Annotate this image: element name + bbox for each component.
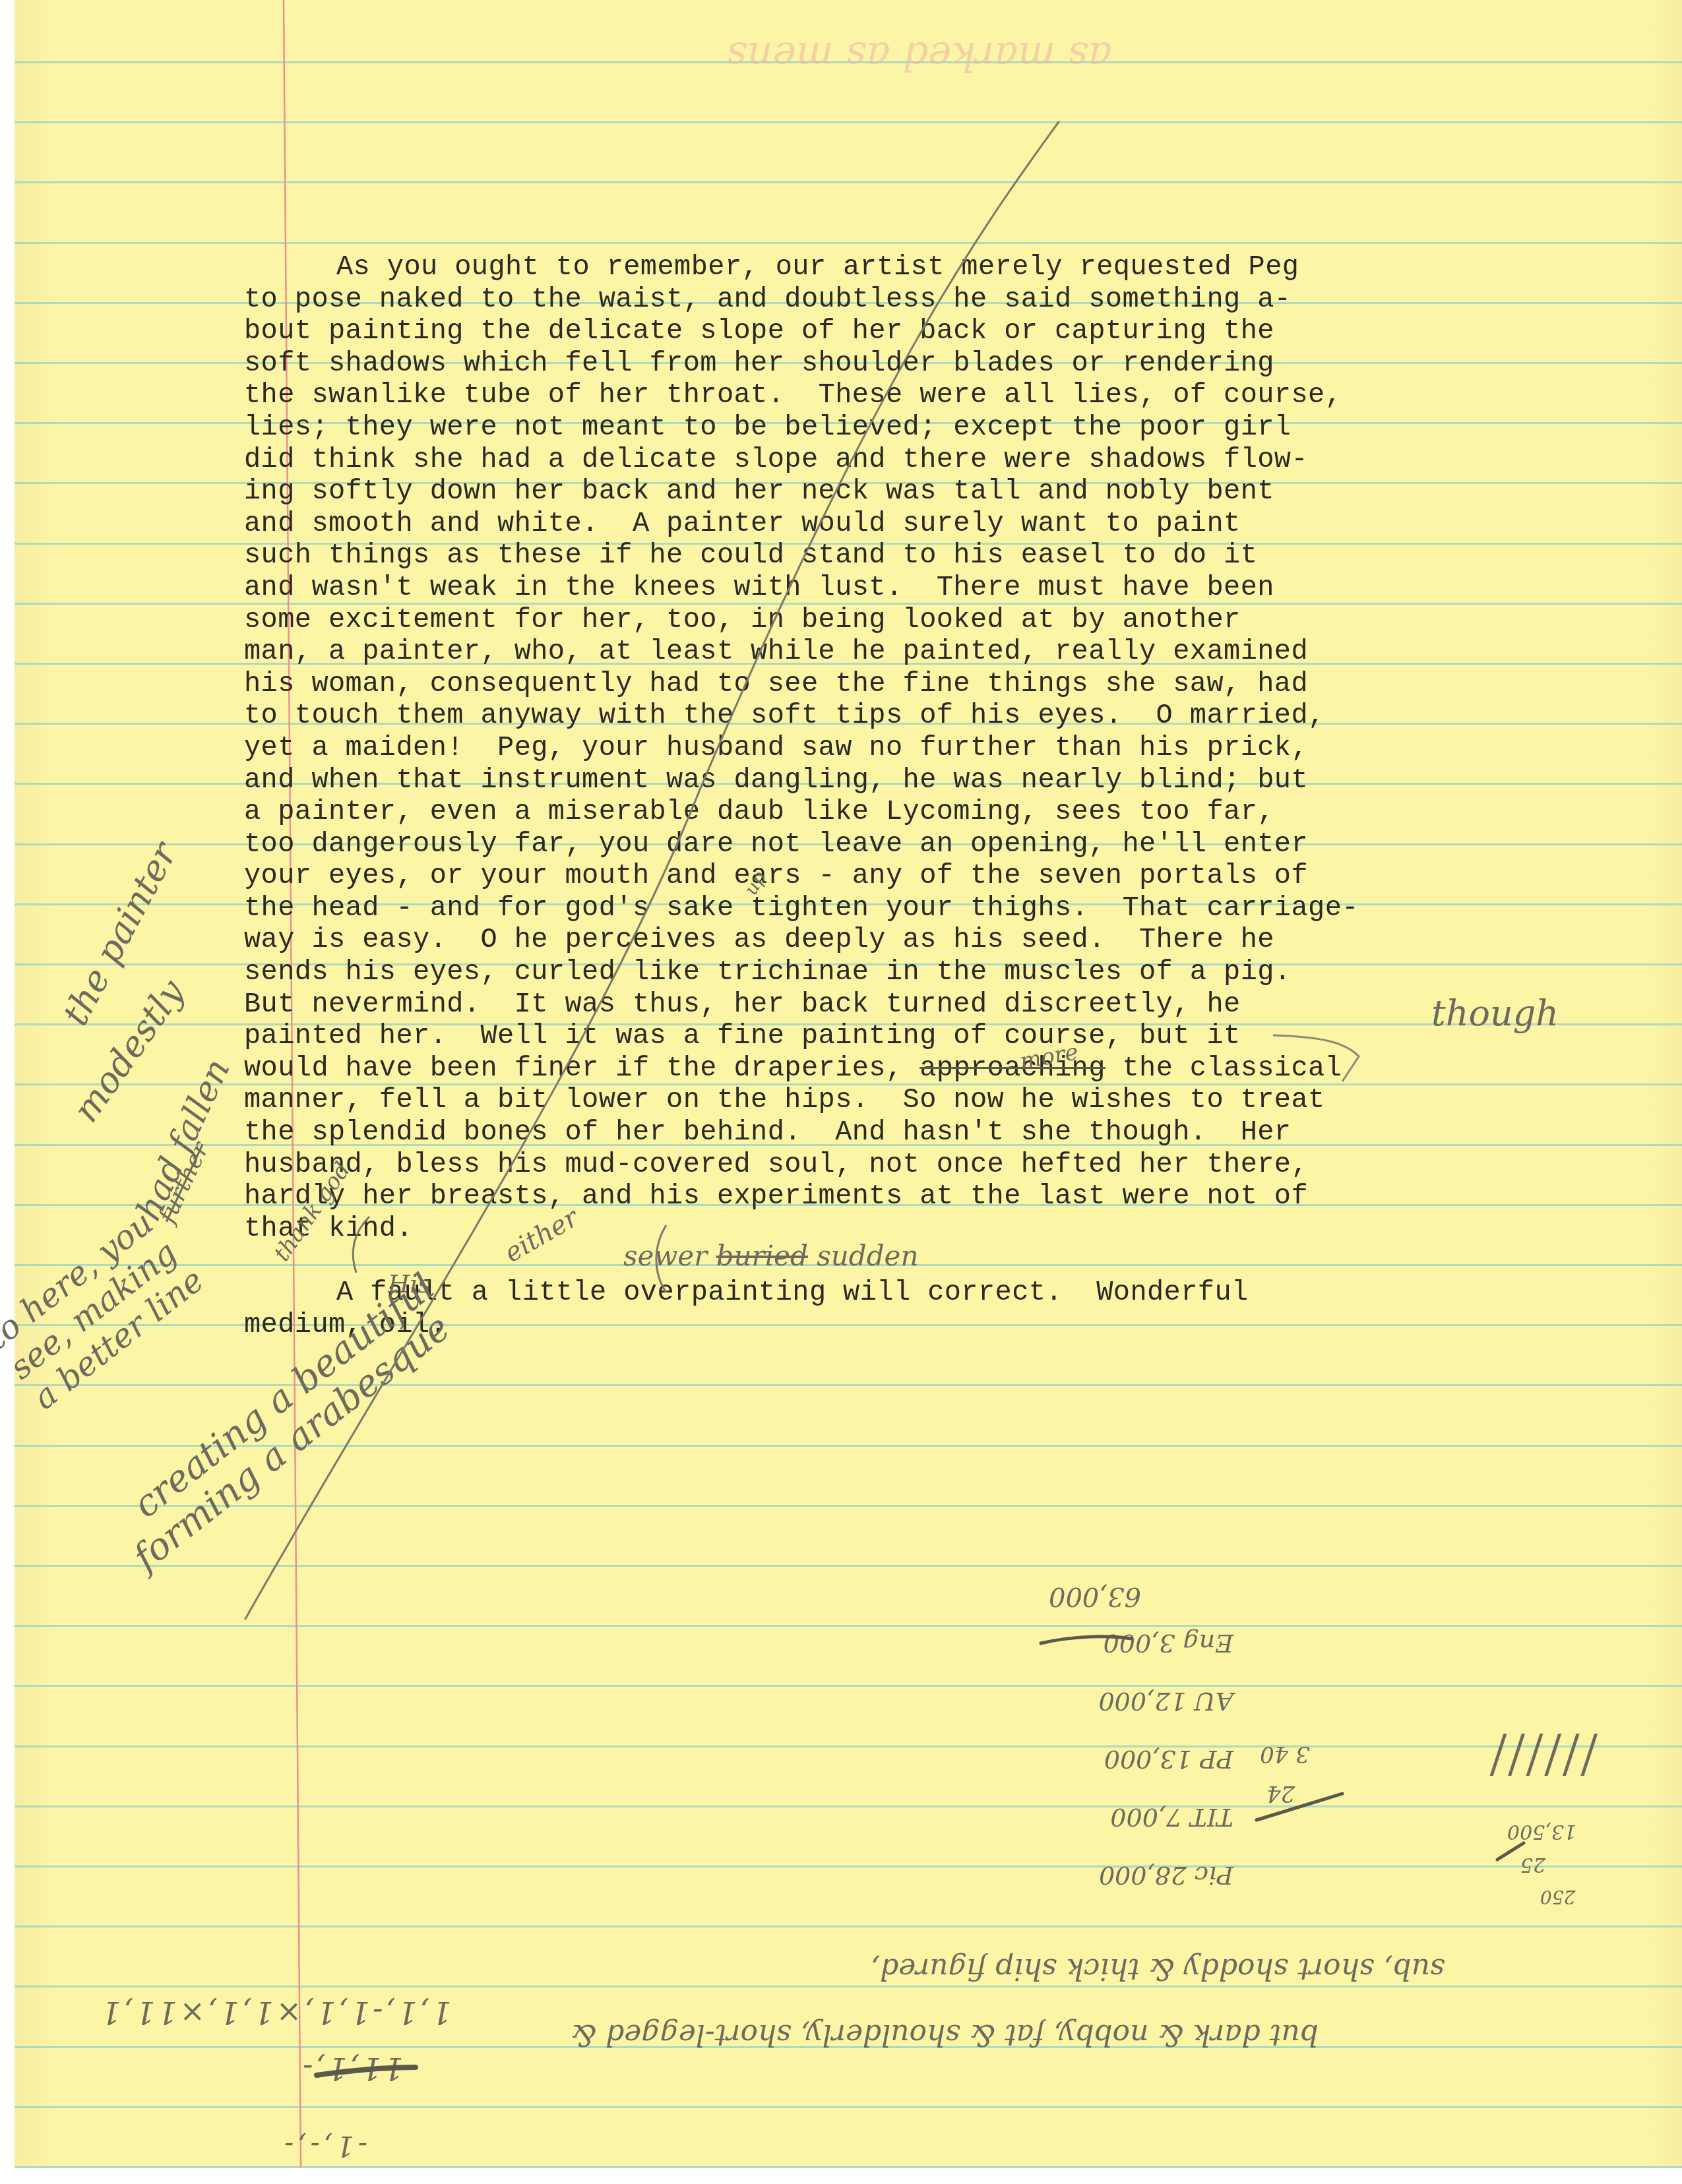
typed-line: hardly her breasts, and his experiments … [244,1180,1359,1213]
typed-line: and wasn't weak in the knees with lust. … [244,572,1359,604]
typed-line: the swanlike tube of her throat. These w… [244,379,1359,411]
ledger-row: Pic 28,000 [1049,1861,1233,1890]
typed-line: manner, fell a bit lower on the hips. So… [244,1084,1359,1116]
interline-edit: sewer buried sudden [623,1240,918,1272]
note-fraction-top: 3 40 [1260,1741,1310,1767]
typed-line: way is easy. O he perceives as deeply as… [244,924,1359,956]
ruled-line [15,1986,1682,1987]
ruled-line [15,242,1682,244]
typed-line: sends his eyes, curled like trichinae in… [244,956,1359,988]
ledger-row: PP 13,000 [1049,1745,1233,1774]
typed-line: bout painting the delicate slope of her … [244,315,1359,348]
margin-note-though: though [1431,992,1559,1034]
typed-line: did think she had a delicate slope and t… [244,444,1359,476]
upside-down-line-2: but dark & nobby, fat & shoulderly, shor… [571,2018,1319,2051]
typed-line: too dangerously far, you dare not leave … [244,828,1359,861]
ruled-line [15,2106,1682,2108]
typed-line: and smooth and white. A painter would su… [244,508,1359,540]
ruled-line [15,1685,1682,1687]
typed-line: your eyes, or your mouth and ears - any … [244,860,1359,892]
typed-line: painted her. Well it was a fine painting… [244,1020,1359,1052]
ruled-line [15,1866,1682,1867]
upside-down-marks-mid: 11,1,- [300,2051,404,2086]
typed-line: to touch them anyway with the soft tips … [244,700,1359,732]
ledger-row: TIT 7,000 [1049,1803,1233,1832]
typed-line: his woman, consequently had to see the f… [244,668,1359,700]
bleed-through-text: as marked as mens [727,33,1112,79]
ruled-line [15,1565,1682,1567]
note-fraction-bottom: 24 [1266,1780,1295,1807]
typed-line: the head - and for god's sake tighten yo… [244,892,1359,925]
ruled-line [15,1926,1682,1927]
ledger-row: AU 12,000 [1049,1687,1233,1716]
interline-his: His [388,1269,431,1298]
typed-line: a painter, even a miserable daub like Ly… [244,796,1359,828]
typed-line: husband, bless his mud-covered soul, not… [244,1149,1359,1181]
ruled-line [15,2166,1682,2168]
typed-line: lies; they were not meant to be believed… [244,411,1359,444]
ruled-line [15,121,1682,123]
ruled-line [15,1805,1682,1807]
typed-line: But nevermind. It was thus, her back tur… [244,988,1359,1021]
note-small-calc-result: 250 [1540,1886,1575,1908]
upside-down-marks-bottom: -1,-,- [280,2130,367,2162]
typed-line: and when that instrument was dangling, h… [244,764,1359,797]
typed-line: soft shadows which fell from her shoulde… [244,348,1359,380]
typed-line: to pose naked to the waist, and doubtles… [244,284,1359,316]
typed-line: such things as these if he could stand t… [244,539,1359,572]
ruled-line [15,1505,1682,1507]
interline-struck-word: buried [716,1240,808,1272]
typed-line: yet a maiden! Peg, your husband saw no f… [244,732,1359,764]
note-small-calc-bottom: 25 [1520,1853,1545,1876]
interline-sewer: sewer [623,1240,707,1272]
note-ledger-total: 63,000 [1049,1581,1141,1612]
upside-down-line-1: sub, short shoddy & thick ship figured, [871,1952,1445,1986]
typed-line: some excitement for her, too, in being l… [244,604,1359,636]
ruled-line [15,181,1682,183]
interline-sudden: sudden [817,1240,918,1272]
typed-line: ing softly down her back and her neck wa… [244,475,1359,508]
typed-line: man, a painter, who, at least while he p… [244,636,1359,668]
ruled-line [15,1625,1682,1627]
ledger-row: Eng 3,000 [1049,1629,1233,1658]
tally-marks: |||||| [1484,1728,1609,1776]
typed-line: As you ought to remember, our artist mer… [244,251,1359,284]
typescript-body: As you ought to remember, our artist mer… [244,251,1359,1341]
ruled-line [15,1745,1682,1747]
typed-line: would have been finer if the draperies, … [244,1052,1359,1085]
note-small-calc-top: 13,500 [1507,1820,1576,1843]
typed-line: the splendid bones of her behind. And ha… [244,1116,1359,1149]
upside-down-marks-top: 1,1,-1,1,×1,1,×11,1 [99,1995,451,2030]
